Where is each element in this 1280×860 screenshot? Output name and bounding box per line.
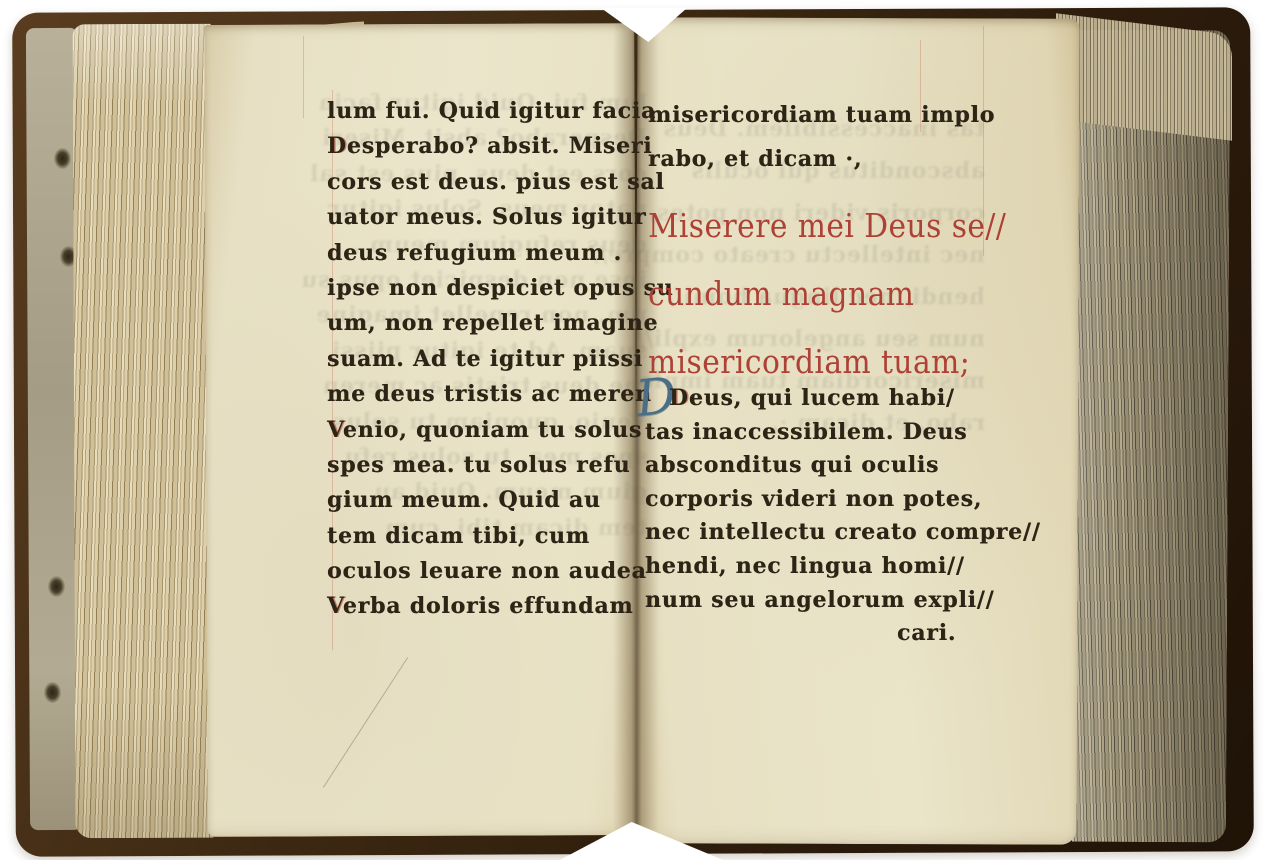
manuscript-line: corporis videri non potes, [645, 483, 990, 517]
manuscript-line: lum fui. Quid igitur facia [327, 94, 647, 129]
manuscript-line: Venio, quoniam tu solus [327, 413, 647, 448]
manuscript-line: Deus, qui lucem habi/ [645, 382, 990, 416]
manuscript-line: nec intellectu creato compre// [645, 516, 990, 550]
manuscript-line: me deus tristis ac meren [327, 377, 647, 412]
manuscript-line: um, non repellet imagine [327, 306, 647, 341]
manuscript-line: cors est deus. pius est sal [327, 165, 647, 200]
manuscript-line: num seu angelorum expli// [645, 584, 990, 618]
manuscript-line: Desperabo? absit. Miseri [327, 129, 647, 164]
manuscript-line: cari. [645, 617, 990, 651]
right-page-edges [1072, 30, 1230, 843]
manuscript-line: tem dicam tibi, cum [327, 519, 647, 554]
manuscript-line: rabo, et dicam ·, [648, 137, 983, 181]
manuscript-line: hendi, nec lingua homi// [645, 550, 990, 584]
manuscript-line: deus refugium meum . [327, 236, 647, 271]
page-crease [303, 36, 304, 118]
rubric-line: Miserere mei Deus se// [648, 196, 972, 264]
manuscript-line: absconditus qui oculis [645, 449, 990, 483]
manuscript-photo: lum fui. Quid igitur facia Desperabo? ab… [0, 0, 1280, 860]
manuscript-line: suam. Ad te igitur piissi [327, 342, 647, 377]
manuscript-line: tas inaccessibilem. Deus [645, 416, 990, 450]
sewing-hole [44, 682, 61, 703]
rubric-line: cundum magnam [648, 264, 972, 332]
left-page-edges [73, 24, 214, 838]
manuscript-line: uator meus. Solus igitur [327, 200, 647, 235]
rubric-heading: Miserere mei Deus se// cundum magnam mis… [648, 196, 1008, 400]
sewing-hole [54, 148, 71, 169]
top-right-page-edges [1056, 13, 1232, 141]
right-page-intro: misericordiam tuam implo rabo, et dicam … [648, 93, 983, 181]
manuscript-line: ipse non despiciet opus su [327, 271, 647, 306]
manuscript-line: spes mea. tu solus refu [327, 448, 647, 483]
manuscript-line: oculos leuare non audea [327, 554, 647, 589]
manuscript-line: misericordiam tuam implo [648, 93, 983, 137]
manuscript-line: Verba doloris effundam [327, 589, 647, 624]
left-page-text: lum fui. Quid igitur facia Desperabo? ab… [327, 94, 647, 625]
manuscript-line: gium meum. Quid au [327, 483, 647, 518]
sewing-hole [48, 576, 65, 597]
prayer-body: Deus, qui lucem habi/ tas inaccessibilem… [645, 382, 990, 651]
